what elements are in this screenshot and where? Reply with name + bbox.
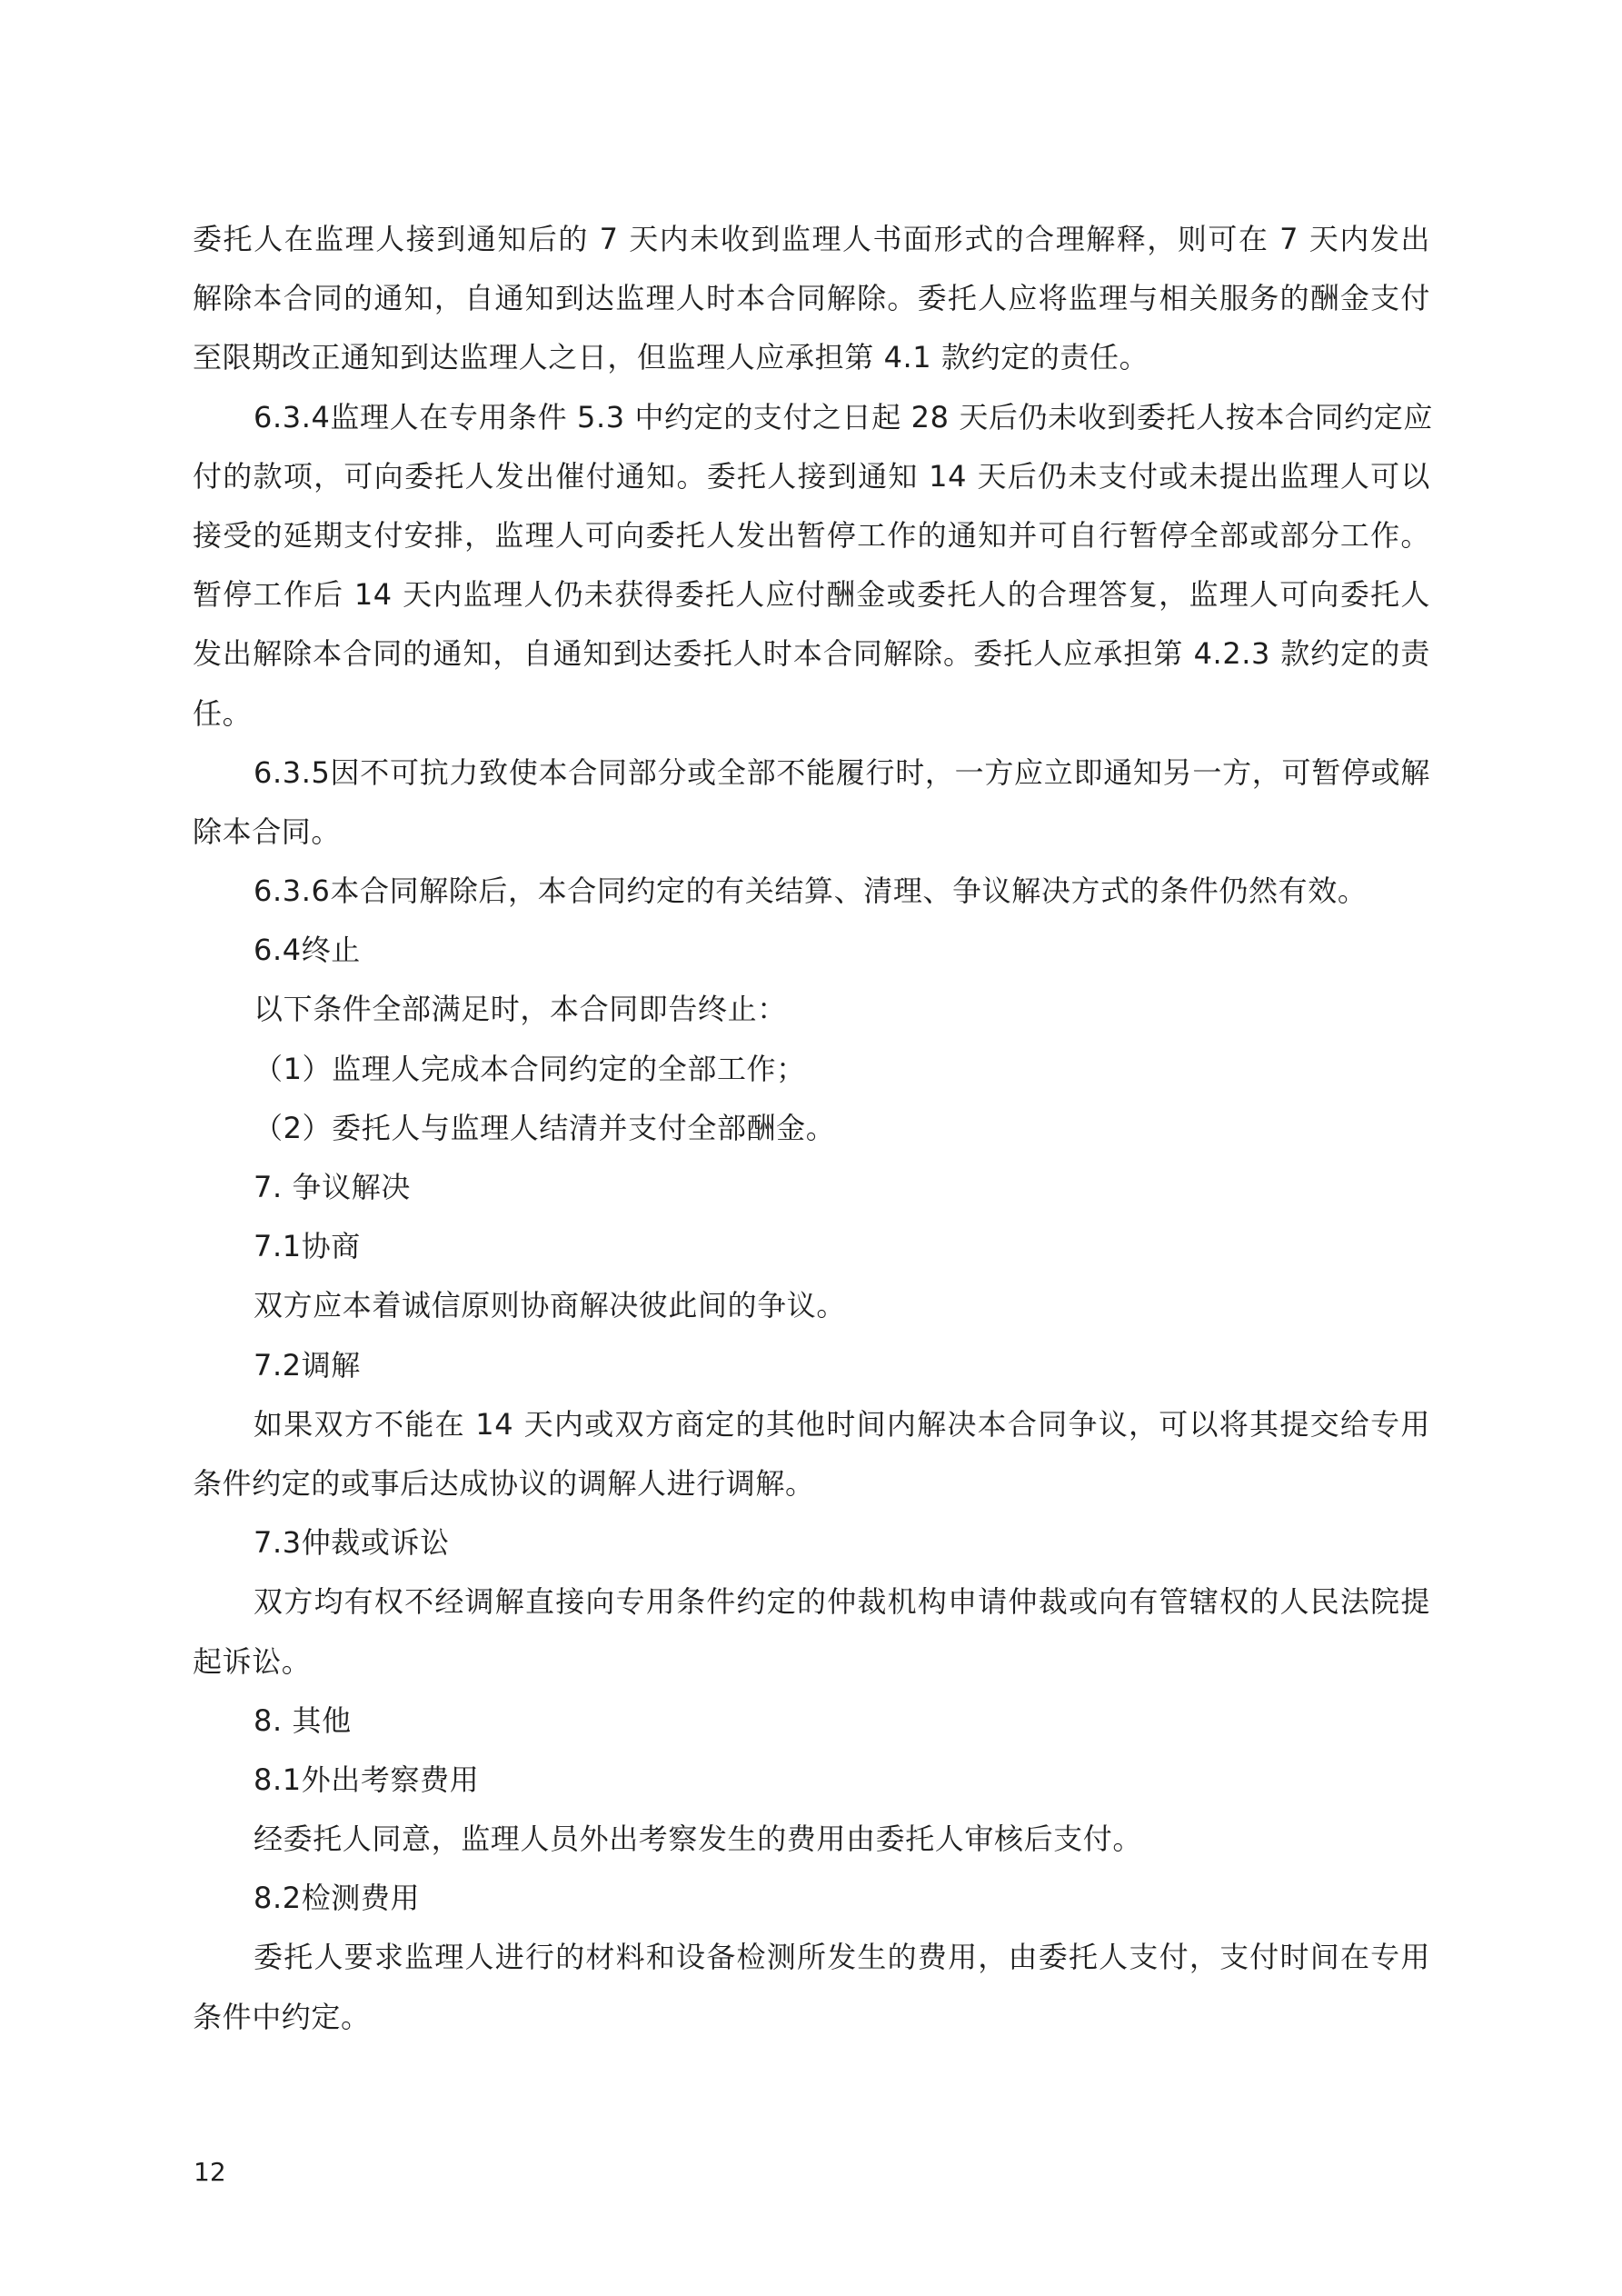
text-line: 条件约定的或事后达成协议的调解人进行调解。	[193, 1454, 1430, 1513]
paragraph-6-3-4: 6.3.4监理人在专用条件 5.3 中约定的支付之日起 28 天后仍未收到委托人…	[193, 388, 1430, 744]
section-heading: 8.2检测费用	[193, 1869, 1430, 1928]
section-heading: 7.1协商	[193, 1217, 1430, 1276]
section-heading: 6.4终止	[193, 921, 1430, 980]
text-line: 起诉讼。	[193, 1632, 1430, 1692]
document-body: 委托人在监理人接到通知后的 7 天内未收到监理人书面形式的合理解释，则可在 7 …	[193, 210, 1430, 2047]
text-line: 6.3.4监理人在专用条件 5.3 中约定的支付之日起 28 天后仍未收到委托人…	[193, 388, 1430, 447]
text-line: 双方均有权不经调解直接向专用条件约定的仲裁机构申请仲裁或向有管辖权的人民法院提	[193, 1572, 1430, 1632]
section-heading: 7.3仲裁或诉讼	[193, 1513, 1430, 1572]
heading-8-1-inspection-travel-costs: 8.1外出考察费用	[193, 1751, 1430, 1810]
section-heading: 7. 争议解决	[193, 1158, 1430, 1217]
list-item-6-4-1: （1）监理人完成本合同约定的全部工作；	[193, 1040, 1430, 1099]
document-page: 委托人在监理人接到通知后的 7 天内未收到监理人书面形式的合理解释，则可在 7 …	[0, 0, 1622, 2296]
heading-7-3-arbitration: 7.3仲裁或诉讼	[193, 1513, 1430, 1572]
list-item: （1）监理人完成本合同约定的全部工作；	[193, 1040, 1430, 1099]
section-heading: 8.1外出考察费用	[193, 1751, 1430, 1810]
heading-6-4-termination: 6.4终止	[193, 921, 1430, 980]
text-line: 经委托人同意，监理人员外出考察发生的费用由委托人审核后支付。	[193, 1810, 1430, 1869]
heading-7-dispute-resolution: 7. 争议解决	[193, 1158, 1430, 1217]
paragraph-7-3: 双方均有权不经调解直接向专用条件约定的仲裁机构申请仲裁或向有管辖权的人民法院提 …	[193, 1572, 1430, 1691]
text-line: 6.3.6本合同解除后，本合同约定的有关结算、清理、争议解决方式的条件仍然有效。	[193, 862, 1430, 921]
text-line: 除本合同。	[193, 803, 1430, 862]
paragraph-8-2: 委托人要求监理人进行的材料和设备检测所发生的费用，由委托人支付，支付时间在专用 …	[193, 1928, 1430, 2046]
paragraph-6-3-3-continuation: 委托人在监理人接到通知后的 7 天内未收到监理人书面形式的合理解释，则可在 7 …	[193, 210, 1430, 388]
paragraph-7-1: 双方应本着诚信原则协商解决彼此间的争议。	[193, 1276, 1430, 1335]
heading-8-2-testing-costs: 8.2检测费用	[193, 1869, 1430, 1928]
paragraph-8-1: 经委托人同意，监理人员外出考察发生的费用由委托人审核后支付。	[193, 1810, 1430, 1869]
list-item: （2）委托人与监理人结清并支付全部酬金。	[193, 1099, 1430, 1158]
text-line: 付的款项，可向委托人发出催付通知。委托人接到通知 14 天后仍未支付或未提出监理…	[193, 447, 1430, 506]
text-line: 以下条件全部满足时，本合同即告终止：	[193, 980, 1430, 1039]
page-number: 12	[194, 2159, 226, 2186]
text-line: 委托人在监理人接到通知后的 7 天内未收到监理人书面形式的合理解释，则可在 7 …	[193, 210, 1430, 269]
section-heading: 8. 其他	[193, 1692, 1430, 1751]
text-line: 6.3.5因不可抗力致使本合同部分或全部不能履行时，一方应立即通知另一方，可暂停…	[193, 744, 1430, 803]
section-heading: 7.2调解	[193, 1336, 1430, 1395]
text-line: 接受的延期支付安排，监理人可向委托人发出暂停工作的通知并可自行暂停全部或部分工作…	[193, 506, 1430, 565]
text-line: 至限期改正通知到达监理人之日，但监理人应承担第 4.1 款约定的责任。	[193, 328, 1430, 387]
list-item-6-4-2: （2）委托人与监理人结清并支付全部酬金。	[193, 1099, 1430, 1158]
paragraph-7-2: 如果双方不能在 14 天内或双方商定的其他时间内解决本合同争议，可以将其提交给专…	[193, 1395, 1430, 1513]
text-line: 暂停工作后 14 天内监理人仍未获得委托人应付酬金或委托人的合理答复，监理人可向…	[193, 565, 1430, 624]
text-line: 委托人要求监理人进行的材料和设备检测所发生的费用，由委托人支付，支付时间在专用	[193, 1928, 1430, 1987]
text-line: 任。	[193, 684, 1430, 744]
paragraph-6-4-intro: 以下条件全部满足时，本合同即告终止：	[193, 980, 1430, 1039]
text-line: 解除本合同的通知，自通知到达监理人时本合同解除。委托人应将监理与相关服务的酬金支…	[193, 269, 1430, 328]
paragraph-6-3-6: 6.3.6本合同解除后，本合同约定的有关结算、清理、争议解决方式的条件仍然有效。	[193, 862, 1430, 921]
heading-8-other: 8. 其他	[193, 1692, 1430, 1751]
text-line: 双方应本着诚信原则协商解决彼此间的争议。	[193, 1276, 1430, 1335]
text-line: 条件中约定。	[193, 1988, 1430, 2047]
text-line: 发出解除本合同的通知，自通知到达委托人时本合同解除。委托人应承担第 4.2.3 …	[193, 624, 1430, 684]
paragraph-6-3-5: 6.3.5因不可抗力致使本合同部分或全部不能履行时，一方应立即通知另一方，可暂停…	[193, 744, 1430, 862]
text-line: 如果双方不能在 14 天内或双方商定的其他时间内解决本合同争议，可以将其提交给专…	[193, 1395, 1430, 1454]
heading-7-2-mediation: 7.2调解	[193, 1336, 1430, 1395]
heading-7-1-negotiation: 7.1协商	[193, 1217, 1430, 1276]
